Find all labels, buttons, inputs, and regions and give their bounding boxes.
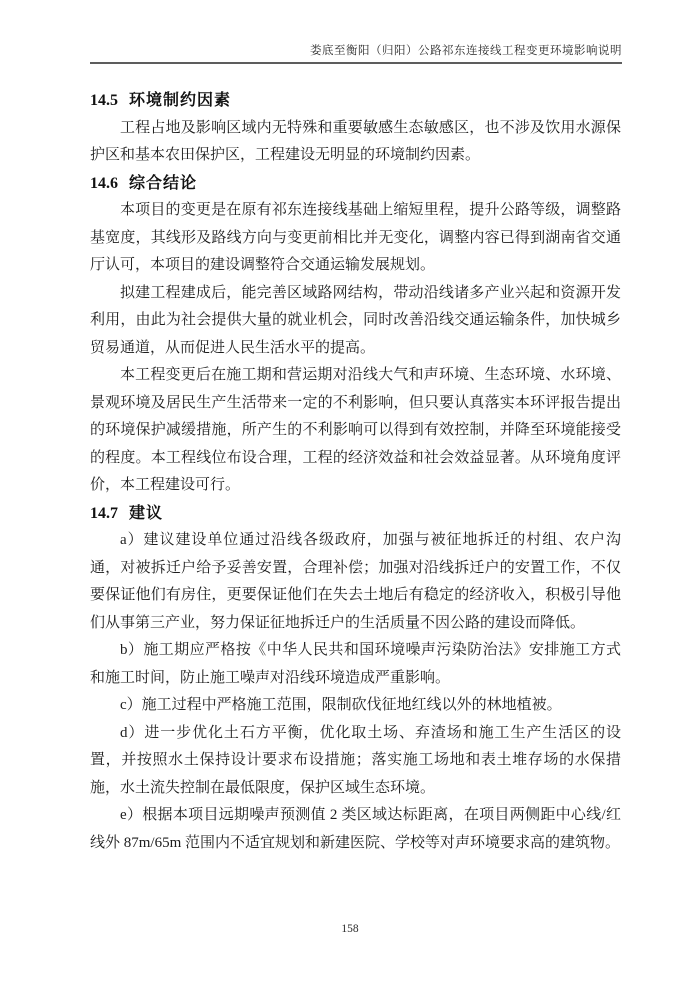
paragraph-14-7-e: e）根据本项目远期噪声预测值 2 类区域达标距离，在项目两侧距中心线/红线外 8… xyxy=(90,802,621,857)
paragraph-14-7-d: d）进一步优化土石方平衡，优化取土场、弃渣场和施工生产生活区的设置，并按照水土保… xyxy=(90,720,621,803)
paragraph-14-6-3: 本工程变更后在施工期和营运期对沿线大气和声环境、生态环境、水环境、景观环境及居民… xyxy=(90,362,621,500)
section-number: 14.5 xyxy=(90,92,118,109)
paragraph-14-6-1: 本项目的变更是在原有祁东连接线基础上缩短里程，提升公路等级，调整路基宽度，其线形… xyxy=(90,197,621,280)
section-title: 综合结论 xyxy=(129,175,197,192)
page-number: 158 xyxy=(341,923,358,935)
paragraph-14-7-a: a）建议建设单位通过沿线各级政府，加强与被征地拆迁的村组、农户沟通，对被拆迁户给… xyxy=(90,527,621,637)
section-heading-14-6: 14.6综合结论 xyxy=(90,170,621,198)
paragraph-14-7-c: c）施工过程中严格施工范围，限制砍伐征地红线以外的林地植被。 xyxy=(90,692,621,720)
document-page: 娄底至衡阳（归阳）公路祁东连接线工程变更环境影响说明 14.5环境制约因素 工程… xyxy=(0,0,700,990)
section-number: 14.6 xyxy=(90,175,118,192)
document-body: 14.5环境制约因素 工程占地及影响区域内无特殊和重要敏感生态敏感区，也不涉及饮… xyxy=(90,87,621,857)
section-title: 环境制约因素 xyxy=(129,92,231,109)
paragraph-14-6-2: 拟建工程建成后，能完善区域路网结构，带动沿线诸多产业兴起和资源开发利用，由此为社… xyxy=(90,280,621,363)
section-heading-14-5: 14.5环境制约因素 xyxy=(90,87,621,115)
paragraph-14-5-1: 工程占地及影响区域内无特殊和重要敏感生态敏感区，也不涉及饮用水源保护区和基本农田… xyxy=(90,115,621,170)
page-header: 娄底至衡阳（归阳）公路祁东连接线工程变更环境影响说明 xyxy=(90,44,622,64)
paragraph-14-7-b: b）施工期应严格按《中华人民共和国环境噪声污染防治法》安排施工方式和施工时间，防… xyxy=(90,637,621,692)
section-heading-14-7: 14.7建议 xyxy=(90,500,621,528)
page-footer: 158 xyxy=(0,922,700,937)
section-number: 14.7 xyxy=(90,505,118,522)
section-title: 建议 xyxy=(129,505,163,522)
running-header-title: 娄底至衡阳（归阳）公路祁东连接线工程变更环境影响说明 xyxy=(310,45,622,57)
